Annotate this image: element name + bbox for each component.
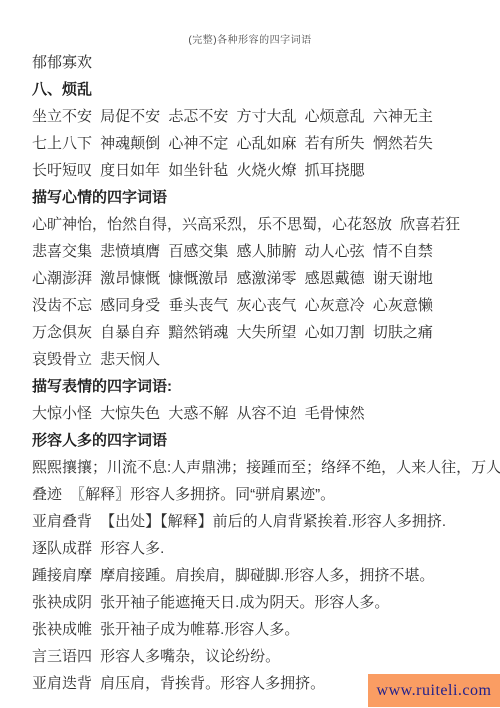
text-line: 大惊小怪 大惊失色 大惑不解 从容不迫 毛骨悚然 (32, 406, 474, 422)
text-line: 七上八下 神魂颠倒 心神不定 心乱如麻 若有所失 惘然若失 (32, 136, 474, 152)
text-line: 万念俱灰 自暴自弃 黯然销魂 大失所望 心如刀割 切肤之痛 (32, 325, 474, 341)
document-page: (完整)各种形容的四字词语 郁郁寡欢八、烦乱坐立不安 局促不安 忐忑不安 方寸大… (0, 0, 500, 708)
text-line: 言三语四 形容人多嘴杂，议论纷纷。 (32, 649, 474, 665)
section-heading: 八、烦乱 (32, 82, 474, 98)
watermark-url: www.ruiteli.com (377, 682, 492, 700)
text-line: 心潮澎湃 激昂慷慨 慷慨激昂 感激涕零 感恩戴德 谢天谢地 (32, 271, 474, 287)
text-line: 郁郁寡欢 (32, 55, 474, 71)
watermark-badge: www.ruiteli.com (368, 674, 500, 707)
text-line: 叠迹 〖解释〗形容人多拥挤。同“骈肩累迹”。 (32, 487, 474, 503)
text-line: 悲喜交集 悲愤填膺 百感交集 感人肺腑 动人心弦 情不自禁 (32, 244, 474, 260)
text-line: 张袂成帷 张开袖子成为帷幕.形容人多。 (32, 622, 474, 638)
text-line: 坐立不安 局促不安 忐忑不安 方寸大乱 心烦意乱 六神无主 (32, 109, 474, 125)
text-line: 哀毁骨立 悲天悯人 (32, 352, 474, 368)
section-heading: 形容人多的四字词语 (32, 433, 474, 449)
text-line: 长吁短叹 度日如年 如坐针毡 火烧火燎 抓耳挠腮 (32, 163, 474, 179)
text-line: 熙熙攘攘；川流不息:人声鼎沸；接踵而至；络绎不绝，人来人往，万人空巷，骈肩 (32, 460, 474, 476)
text-line: 没齿不忘 感同身受 垂头丧气 灰心丧气 心灰意冷 心灰意懒 (32, 298, 474, 314)
section-heading: 描写心情的四字词语 (32, 190, 474, 206)
text-line: 逐队成群 形容人多. (32, 541, 474, 557)
text-line: 心旷神怡，怡然自得，兴高采烈，乐不思蜀，心花怒放 欣喜若狂 (32, 217, 474, 233)
text-line: 张袂成阴 张开袖子能遮掩天日.成为阴天。形容人多。 (32, 595, 474, 611)
section-heading: 描写表情的四字词语: (32, 379, 474, 395)
text-line: 踵接肩摩 摩肩接踵。肩挨肩，脚碰脚.形容人多，拥挤不堪。 (32, 568, 474, 584)
document-body: 郁郁寡欢八、烦乱坐立不安 局促不安 忐忑不安 方寸大乱 心烦意乱 六神无主七上八… (32, 55, 474, 703)
text-line: 亚肩叠背 【出处】【解释】前后的人肩背紧挨着.形容人多拥挤. (32, 514, 474, 530)
page-title: (完整)各种形容的四字词语 (0, 31, 500, 46)
